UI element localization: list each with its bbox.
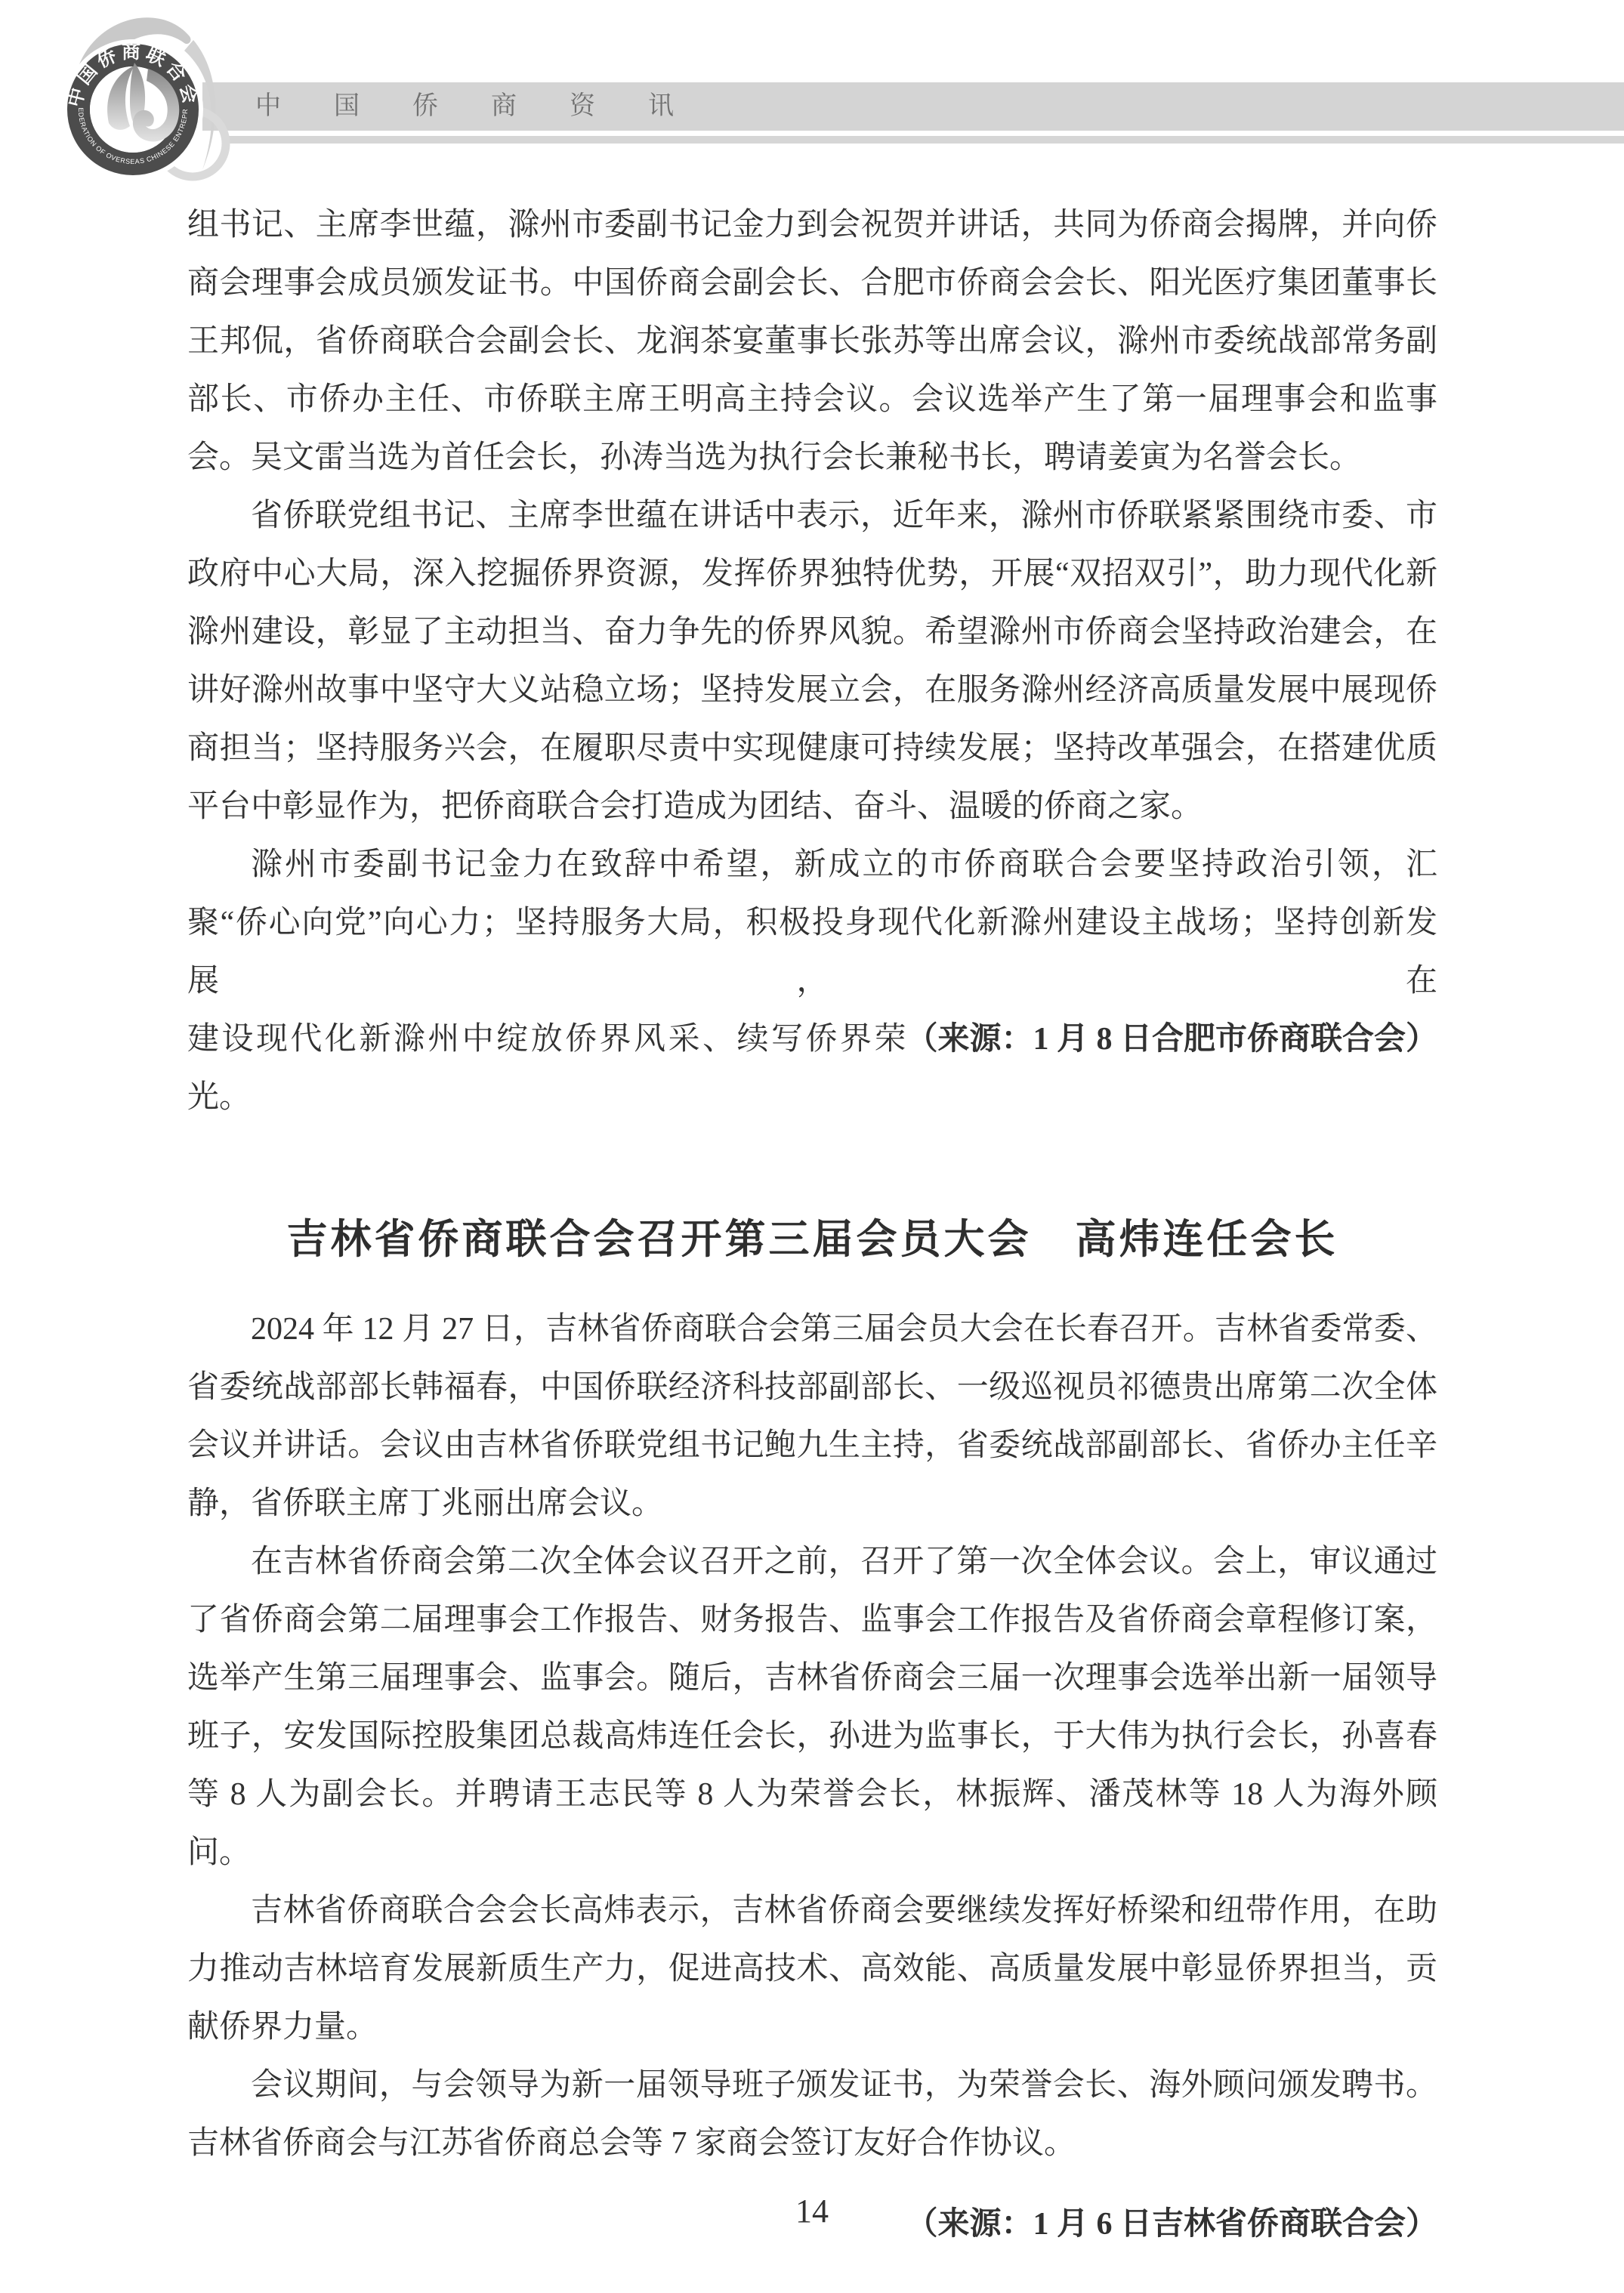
paragraph-text: 建设现代化新滁州中绽放侨界风采、续写侨界荣光。 [187,1011,906,1127]
paragraph-last-line: 建设现代化新滁州中绽放侨界风采、续写侨界荣光。 （来源：1 月 8 日合肥市侨商… [187,1011,1437,1127]
page-number: 14 [0,2192,1624,2231]
article-title: 吉林省侨商联合会召开第三届会员大会 高炜连任会长 [187,1216,1437,1263]
paragraph: 会议期间，与会领导为新一届领导班子颁发证书，为荣誉会长、海外顾问颁发聘书。吉林省… [187,2057,1437,2173]
paragraph: 滁州市委副书记金力在致辞中希望，新成立的市侨商联合会要坚持政治引领，汇聚“侨心向… [187,836,1437,1011]
text-column: 组书记、主席李世蕴，滁州市委副书记金力到会祝贺并讲话，共同为侨商会揭牌，并向侨商… [187,196,1437,2254]
paragraph: 组书记、主席李世蕴，滁州市委副书记金力到会祝贺并讲话，共同为侨商会揭牌，并向侨商… [187,196,1437,487]
paragraph: 2024 年 12 月 27 日，吉林省侨商联合会第三届会员大会在长春召开。吉林… [187,1301,1437,1533]
paragraph: 吉林省侨商联合会会长高炜表示，吉林省侨商会要继续发挥好桥梁和纽带作用，在助力推动… [187,1882,1437,2057]
federation-logo: 中国侨商联合会 CHINA FEDERATION OF OVERSEAS CHI… [45,4,347,219]
header-rule [224,136,1624,144]
document-page: 中国侨商资讯 中国侨商联合会 CHINA FEDERAT [0,0,1624,2293]
paragraph: 在吉林省侨商会第二次全体会议召开之前，召开了第一次全体会议。会上，审议通过了省侨… [187,1533,1437,1882]
source-note: （来源：1 月 8 日合肥市侨商联合会） [906,1011,1437,1069]
paragraph: 省侨联党组书记、主席李世蕴在讲话中表示，近年来，滁州市侨联紧紧围绕市委、市政府中… [187,487,1437,836]
